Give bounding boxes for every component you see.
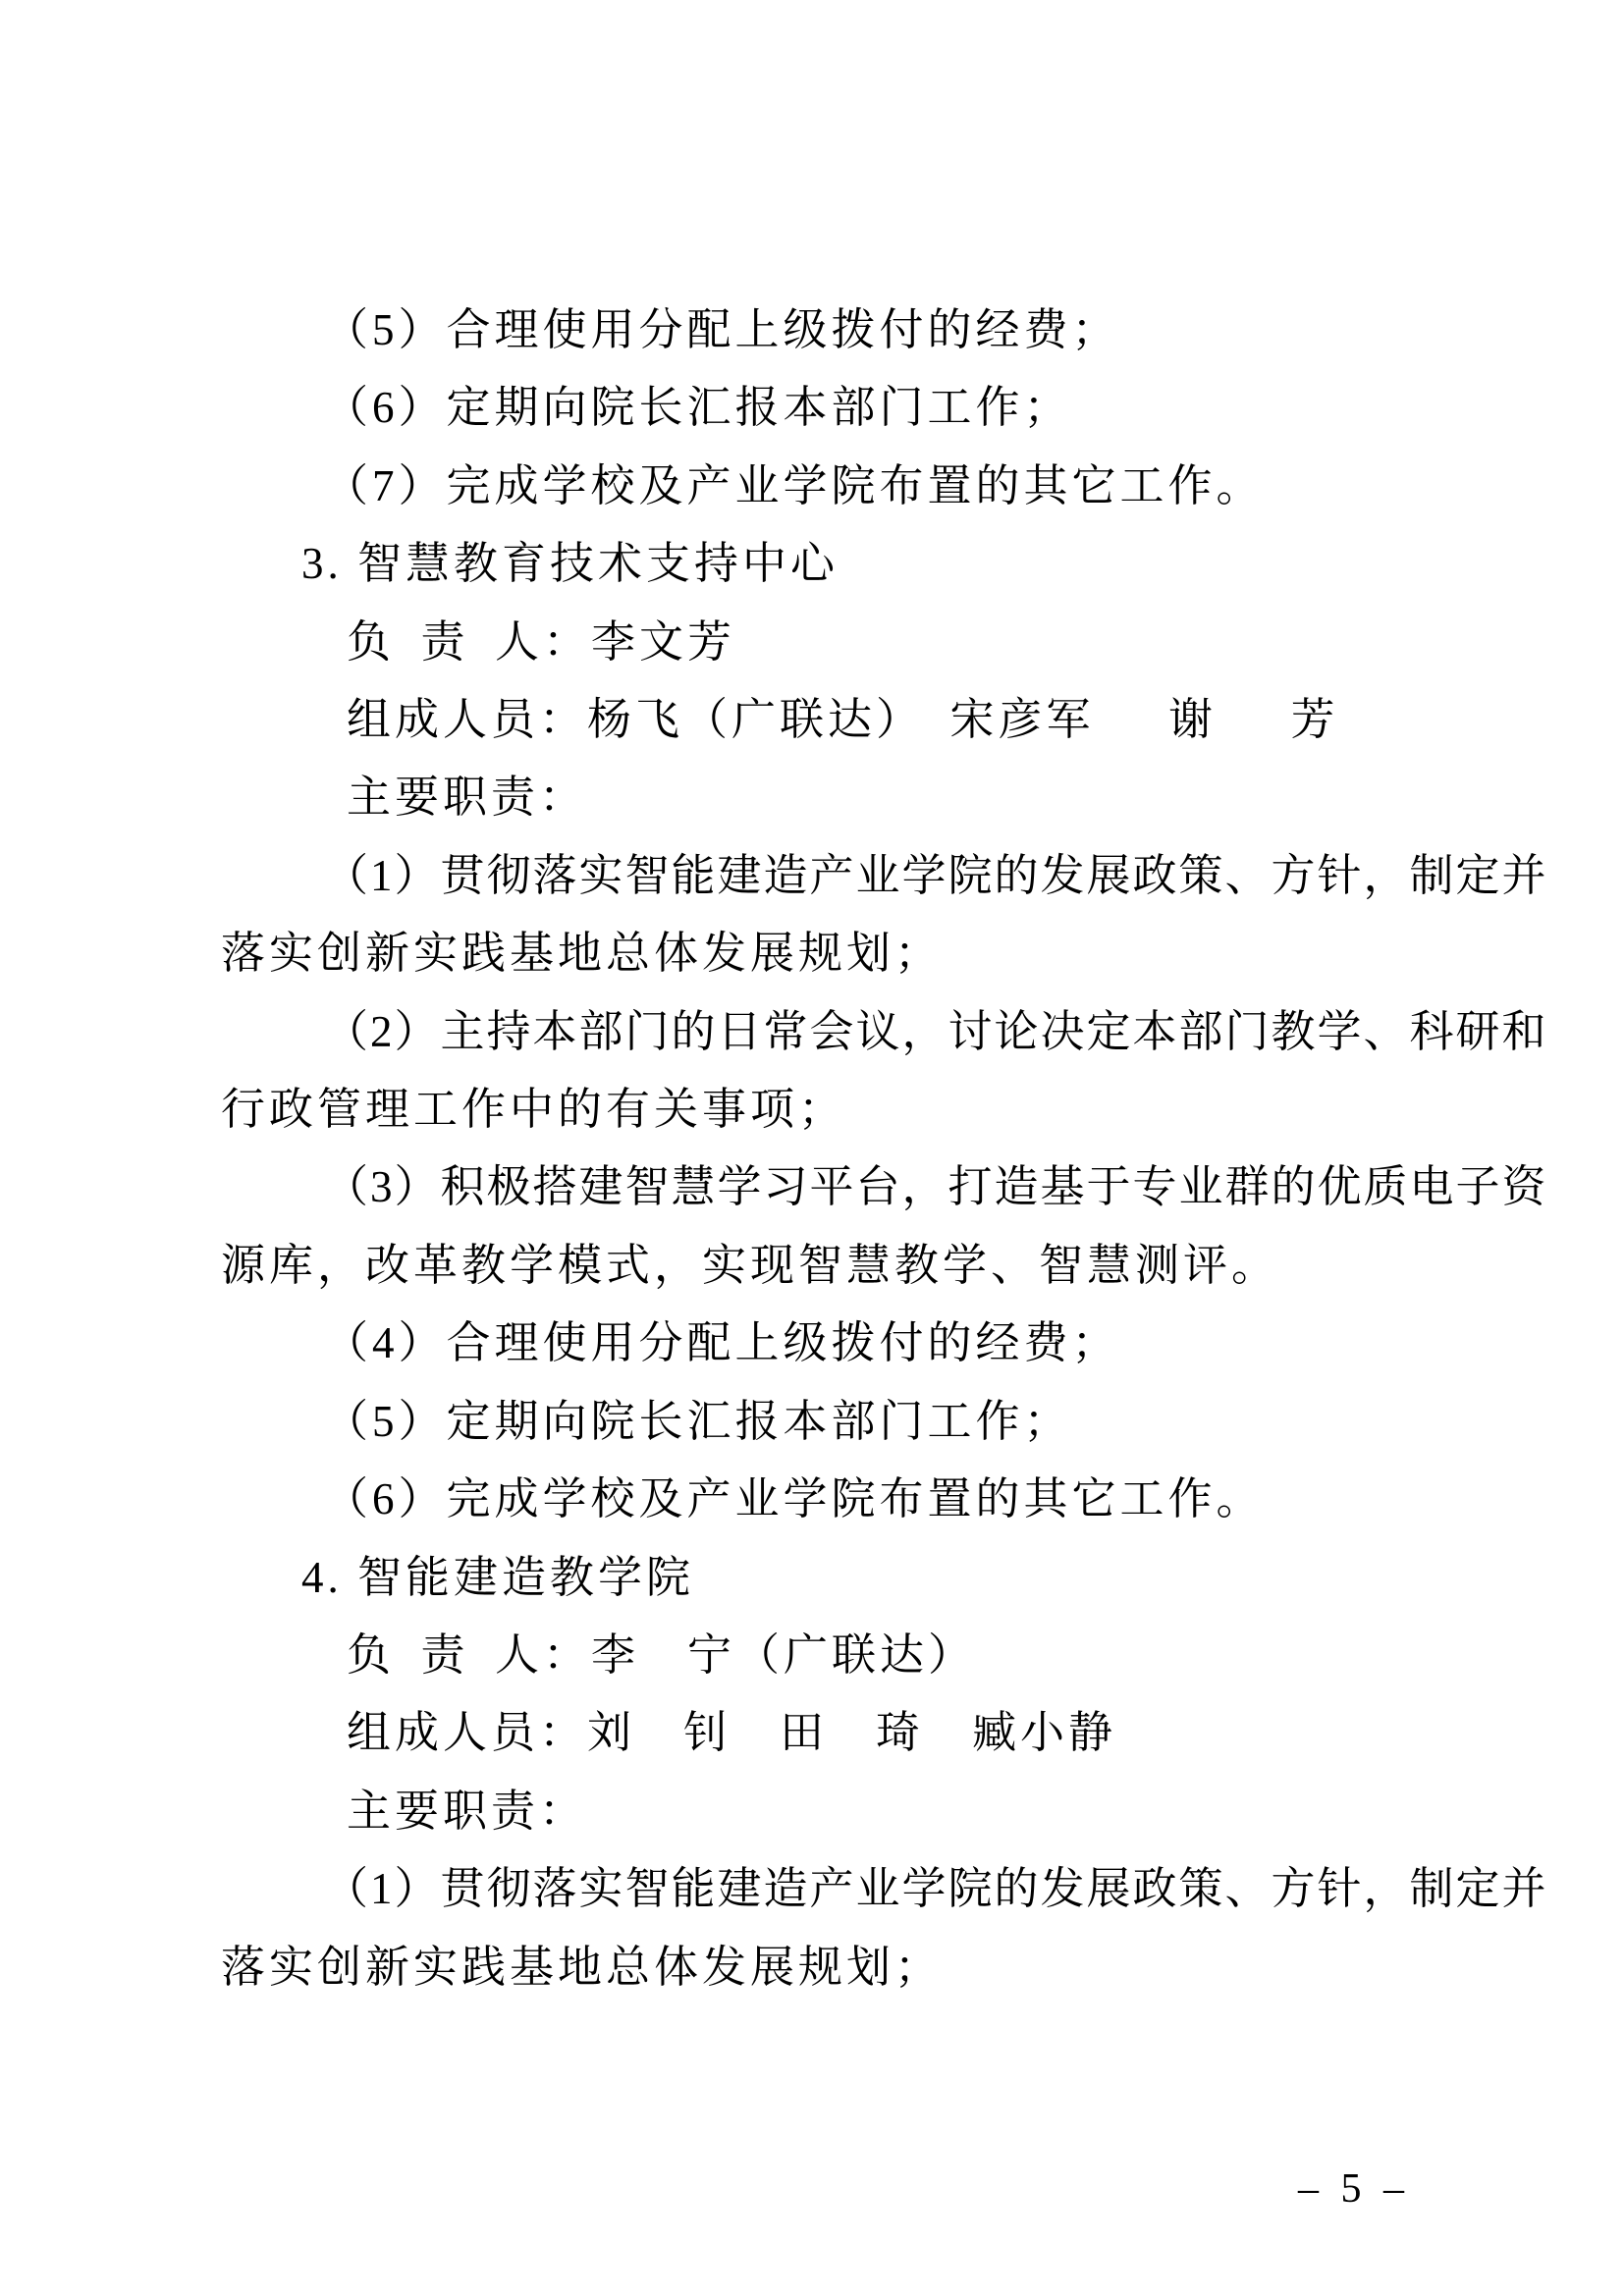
clause-continuation: 落实创新实践基地总体发展规划； xyxy=(221,1929,1438,2006)
page-number: – 5 – xyxy=(1298,2157,1410,2221)
members-line: 组成人员：刘 钊 田 琦 臧小静 xyxy=(221,1694,1438,1772)
clause-line: （3）积极搭建智慧学习平台，打造基于专业群的优质电子资 xyxy=(221,1148,1438,1226)
clause-line: （5）合理使用分配上级拨付的经费； xyxy=(221,292,1438,369)
clause-continuation: 落实创新实践基地总体发展规划； xyxy=(221,915,1438,992)
duties-label-line: 主要职责： xyxy=(221,759,1438,836)
clause-line: （6）定期向院长汇报本部门工作； xyxy=(221,369,1438,447)
clause-line: （4）合理使用分配上级拨付的经费； xyxy=(221,1305,1438,1382)
clause-continuation: 源库，改革教学模式，实现智慧教学、智慧测评。 xyxy=(221,1227,1438,1305)
section-heading: 3. 智慧教育技术支持中心 xyxy=(221,525,1438,603)
document-page: （5）合理使用分配上级拨付的经费； （6）定期向院长汇报本部门工作； （7）完成… xyxy=(0,0,1624,2296)
clause-line: （7）完成学校及产业学院布置的其它工作。 xyxy=(221,448,1438,525)
clause-line: （1）贯彻落实智能建造产业学院的发展政策、方针，制定并 xyxy=(221,1850,1438,1928)
clause-line: （6）完成学校及产业学院布置的其它工作。 xyxy=(221,1461,1438,1538)
clause-line: （1）贯彻落实智能建造产业学院的发展政策、方针，制定并 xyxy=(221,837,1438,915)
duties-label-line: 主要职责： xyxy=(221,1773,1438,1850)
document-body: （5）合理使用分配上级拨付的经费； （6）定期向院长汇报本部门工作； （7）完成… xyxy=(221,292,1438,2006)
clause-continuation: 行政管理工作中的有关事项； xyxy=(221,1071,1438,1148)
members-line: 组成人员：杨飞（广联达） 宋彦军 谢 芳 xyxy=(221,681,1438,759)
clause-line: （5）定期向院长汇报本部门工作； xyxy=(221,1383,1438,1461)
clause-line: （2）主持本部门的日常会议，讨论决定本部门教学、科研和 xyxy=(221,993,1438,1071)
responsible-person-line: 负 责 人：李文芳 xyxy=(221,604,1438,681)
responsible-person-line: 负 责 人：李 宁（广联达） xyxy=(221,1617,1438,1694)
section-heading: 4. 智能建造教学院 xyxy=(221,1539,1438,1617)
